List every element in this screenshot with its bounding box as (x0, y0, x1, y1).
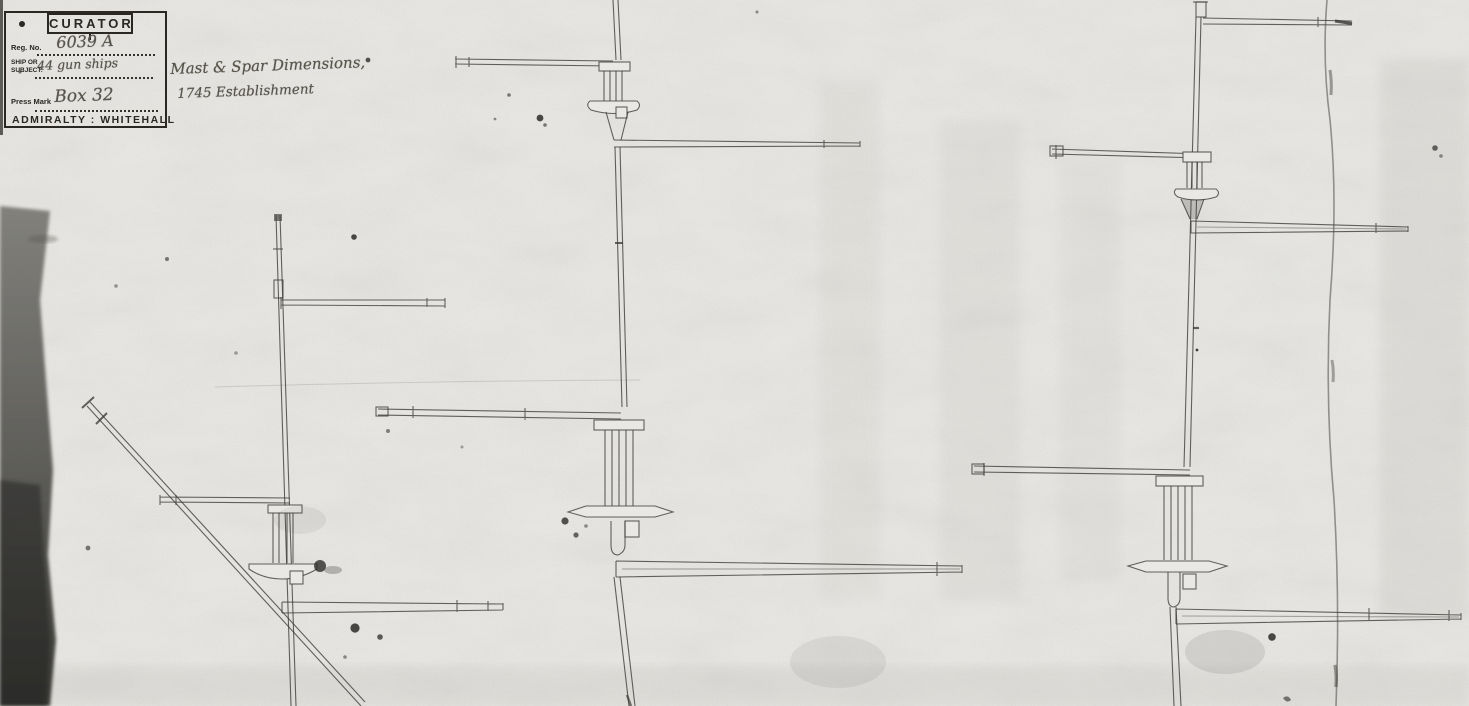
subject-rule (35, 77, 153, 79)
press-mark-value: Box 32 (54, 85, 114, 107)
reg-no-value: 6039 A (56, 31, 114, 52)
mast-and-spar-drawing (0, 0, 1469, 706)
paper-texture (0, 0, 1469, 706)
stamp-bullet-dot (19, 21, 25, 27)
subject-value: 44 gun ships (37, 55, 118, 73)
press-mark-rule (35, 110, 158, 112)
press-mark-label: Press Mark (11, 97, 51, 106)
subject-label-line1: SHIP OR (11, 59, 38, 67)
stamp-footer: ADMIRALTY : WHITEHALL (12, 114, 176, 126)
reg-no-label: Reg. No. (11, 43, 41, 52)
curator-stamp: CURATOR Reg. No. 6039 A SHIP OR SUBJECT:… (4, 11, 167, 128)
scanned-draught-page: CURATOR Reg. No. 6039 A SHIP OR SUBJECT:… (0, 0, 1469, 706)
